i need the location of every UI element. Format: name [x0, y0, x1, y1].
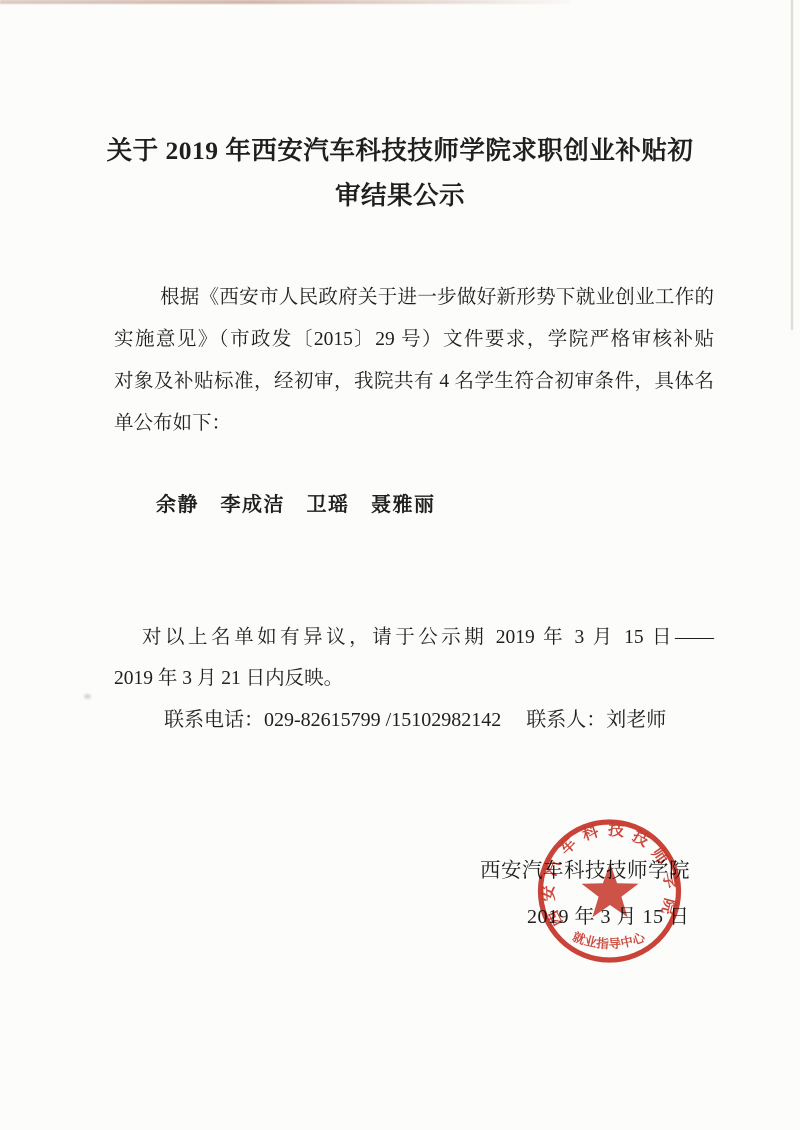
intro-line-4: 单公布如下：: [114, 403, 714, 445]
intro-paragraph: 根据《西安市人民政府关于进一步做好新形势下就业创业工作的 实施意见》（市政发〔2…: [114, 277, 714, 445]
official-seal: 西安汽车科技技师学院 就业指导中心: [535, 815, 685, 967]
scan-artifact-smudge: [84, 694, 91, 699]
objection-paragraph: 对以上名单如有异议，请于公示期 2019 年 3 月 15 日—— 2019 年…: [114, 617, 714, 699]
seal-bottom-text: 就业指导中心: [571, 929, 648, 952]
seal-bottom-textpath: 就业指导中心: [571, 929, 648, 952]
document-title-line-2: 审结果公示: [0, 173, 800, 218]
contact-info: 联系电话：029-82615799 /15102982142 联系人：刘老师: [114, 699, 754, 741]
document-title-line-1: 关于 2019 年西安汽车科技技师学院求职创业补贴初: [0, 128, 800, 173]
document-title: 关于 2019 年西安汽车科技技师学院求职创业补贴初 审结果公示: [0, 128, 800, 218]
intro-line-2: 实施意见》（市政发〔2015〕29 号）文件要求，学院严格审核补贴: [114, 319, 714, 361]
approved-student-names: 余静 李成洁 卫瑶 聂雅丽: [156, 490, 436, 520]
scan-artifact-top-edge: [0, 0, 570, 4]
objection-line-1: 对以上名单如有异议，请于公示期 2019 年 3 月 15 日——: [114, 617, 714, 658]
intro-line-1: 根据《西安市人民政府关于进一步做好新形势下就业创业工作的: [114, 277, 714, 319]
scanned-document-page: 关于 2019 年西安汽车科技技师学院求职创业补贴初 审结果公示 根据《西安市人…: [0, 0, 800, 1130]
objection-line-2: 2019 年 3 月 21 日内反映。: [114, 658, 714, 699]
star-icon: [582, 863, 639, 917]
intro-line-3: 对象及补贴标准，经初审，我院共有 4 名学生符合初审条件，具体名: [114, 361, 714, 403]
